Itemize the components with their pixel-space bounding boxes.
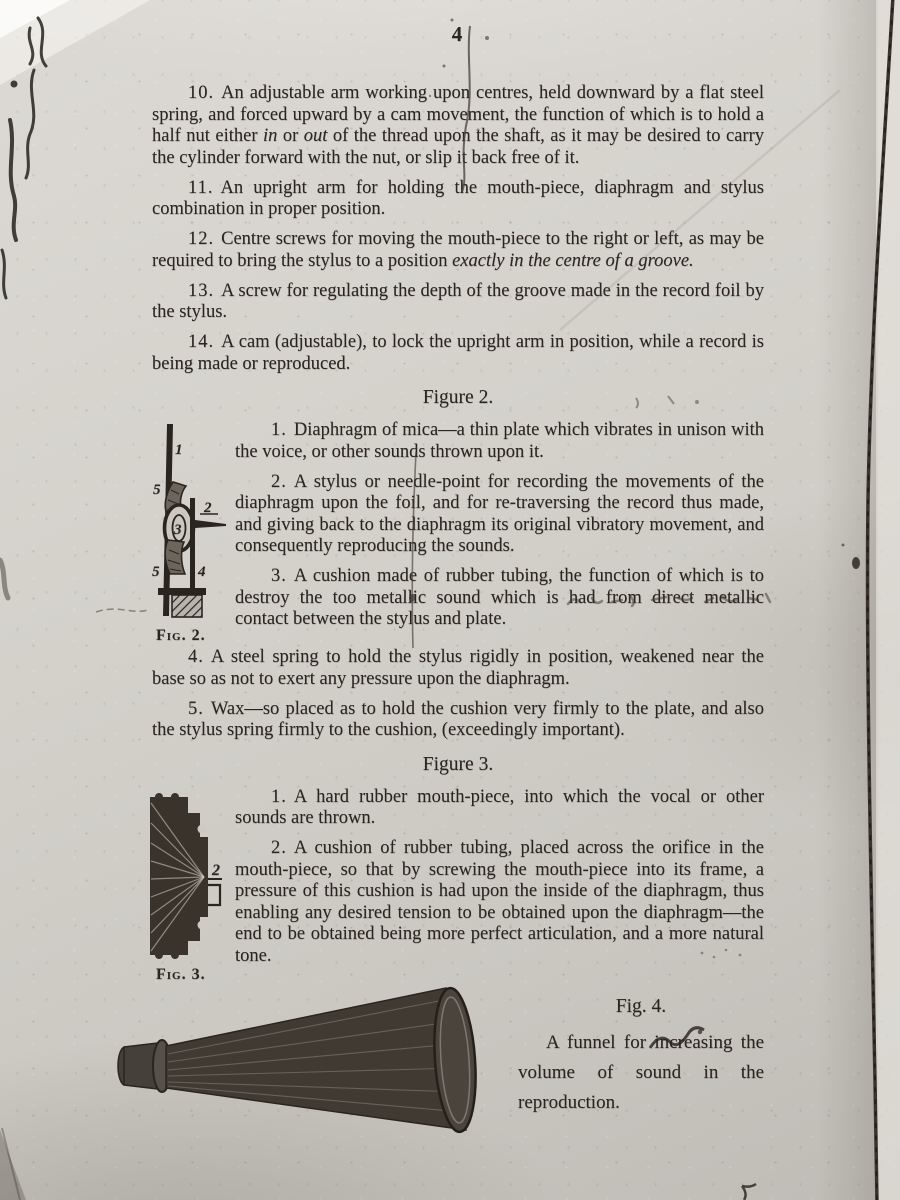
figure2-section: 1 5 3 2 5 4 Fig. 2. 1.Diaphragm of mica—… <box>152 420 764 742</box>
ink-blob-right <box>852 557 860 569</box>
paragraph-item: 2.A stylus or needle-point for recording… <box>152 472 764 558</box>
fig2-label-2: 2 <box>203 500 212 516</box>
figure3-heading: Figure 3. <box>152 754 764 776</box>
figure3-items: 1.A hard rubber mouth-piece, into which … <box>152 787 764 968</box>
paragraph-item: 13.A screw for regulating the depth of t… <box>152 281 764 324</box>
fig2-label-3: 3 <box>173 522 182 538</box>
page-content: 4 10.An adjustable arm working upon cent… <box>152 22 764 1136</box>
figure2-drawing: 1 5 3 2 5 4 <box>138 424 226 620</box>
cushion-bracket <box>208 885 220 905</box>
base-foot <box>158 588 206 595</box>
intro-section: 10.An adjustable arm working upon centre… <box>152 83 764 375</box>
paragraph-item: 3.A cushion made of rubber tubing, the f… <box>152 566 764 631</box>
fold-shade <box>818 0 878 1200</box>
paragraph-item: 1.Diaphragm of mica—a thin plate which v… <box>152 420 764 463</box>
spring-arm <box>190 498 195 592</box>
torn-corner-highlight <box>0 0 150 85</box>
paragraph-item: 4.A steel spring to hold the stylus rigi… <box>152 647 764 690</box>
fig2-label-1: 1 <box>175 442 183 458</box>
fig3-label-2: 2 <box>211 862 220 879</box>
figure4-heading: Fig. 4. <box>518 996 764 1018</box>
figure2-caption: Fig. 2. <box>156 627 226 645</box>
figure3-block: 2 Fig. 3. <box>138 791 226 984</box>
fig2-label-4: 4 <box>197 564 206 580</box>
paragraph-item: 11.An upright arm for holding the mouth-… <box>152 178 764 221</box>
base-block <box>172 595 202 617</box>
figure3-caption: Fig. 3. <box>156 966 226 984</box>
figure3-section: 2 Fig. 3. 1.A hard rubber mouth-piece, i… <box>152 787 764 968</box>
figure4-section: Fig. 4. A funnel for increasing the volu… <box>106 984 764 1136</box>
fig2-label-5b: 5 <box>152 564 160 580</box>
figure3-drawing: 2 <box>138 791 226 959</box>
rim-hole-bottom <box>198 920 207 929</box>
bottom-crack <box>742 1184 756 1200</box>
figure2-heading: Figure 2. <box>152 387 764 409</box>
paragraph-item: 12.Centre screws for moving the mouth-pi… <box>152 229 764 272</box>
page-number: 4 <box>152 22 764 47</box>
figure4-caption-text: A funnel for increasing the volume of so… <box>518 1028 764 1118</box>
stylus <box>195 520 226 528</box>
figure2-items-beside: 1.Diaphragm of mica—a thin plate which v… <box>152 420 764 631</box>
paragraph-item: 2.A cushion of rubber tubing, placed acr… <box>152 838 764 967</box>
wax-lower <box>165 540 185 574</box>
figure2-items-below: 4.A steel spring to hold the stylus rigi… <box>152 645 764 742</box>
paragraph-item: 10.An adjustable arm working upon centre… <box>152 83 764 169</box>
paragraph-item: 1.A hard rubber mouth-piece, into which … <box>152 787 764 830</box>
funnel-drawing <box>106 984 508 1136</box>
figure4-text-column: Fig. 4. A funnel for increasing the volu… <box>518 984 764 1136</box>
right-edge-strip <box>876 0 900 1200</box>
corner-shade-bottom-left <box>0 1128 26 1200</box>
figure2-block: 1 5 3 2 5 4 Fig. 2. <box>138 424 226 645</box>
ink-scribbles <box>0 18 46 598</box>
rim-hole-top <box>198 824 207 833</box>
fig2-label-5a: 5 <box>153 482 161 498</box>
paragraph-item: 5.Wax—so placed as to hold the cushion v… <box>152 699 764 742</box>
scanned-document-page: 4 10.An adjustable arm working upon cent… <box>0 0 900 1200</box>
fold-line <box>868 0 893 1200</box>
paragraph-item: 14.A cam (adjustable), to lock the uprig… <box>152 332 764 375</box>
